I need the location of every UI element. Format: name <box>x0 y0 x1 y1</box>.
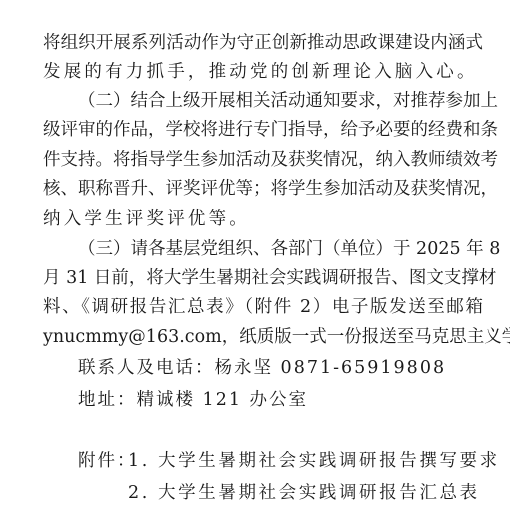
paragraph-line: 将组织开展系列活动作为守正创新推动思政课建设内涵式 <box>43 28 483 58</box>
paragraph-line: 月 31 日前，将大学生暑期社会实践调研报告、图文支撑材 <box>43 263 483 293</box>
attachment-item-1: 1. 大学生暑期社会实践调研报告撰写要求 <box>128 446 500 476</box>
paragraph-line: 级评审的作品，学校将进行专门指导，给予必要的经费和条 <box>43 115 483 145</box>
paragraph-line: 料、《调研报告汇总表》（附件 2）电子版发送至邮箱 <box>43 292 483 322</box>
paragraph-line: 核、职称晋升、评奖评优等；将学生参加活动及获奖情况， <box>43 174 483 204</box>
attachment-item-2: 2. 大学生暑期社会实践调研报告汇总表 <box>128 478 480 508</box>
contact-person-phone: 联系人及电话：杨永坚 0871-65919808 <box>78 353 446 383</box>
paragraph-line: 发展的有力抓手，推动党的创新理论入脑入心。 <box>43 57 483 87</box>
section-3-heading-line: （三）请各基层党组织、各部门（单位）于 2025 年 8 <box>78 234 483 264</box>
section-2-heading-line: （二）结合上级开展相关活动通知要求，对推荐参加上 <box>78 86 483 116</box>
paragraph-line: 纳入学生评奖评优等。 <box>43 204 483 234</box>
contact-address: 地址：精诚楼 121 办公室 <box>78 385 308 415</box>
paragraph-line: 件支持。将指导学生参加活动及获奖情况，纳入教师绩效考 <box>43 145 483 175</box>
email-line: ynucmmy@163.com，纸质版一式一份报送至马克思主义学院。 <box>43 322 483 352</box>
document-page: 将组织开展系列活动作为守正创新推动思政课建设内涵式 发展的有力抓手，推动党的创新… <box>0 0 510 514</box>
